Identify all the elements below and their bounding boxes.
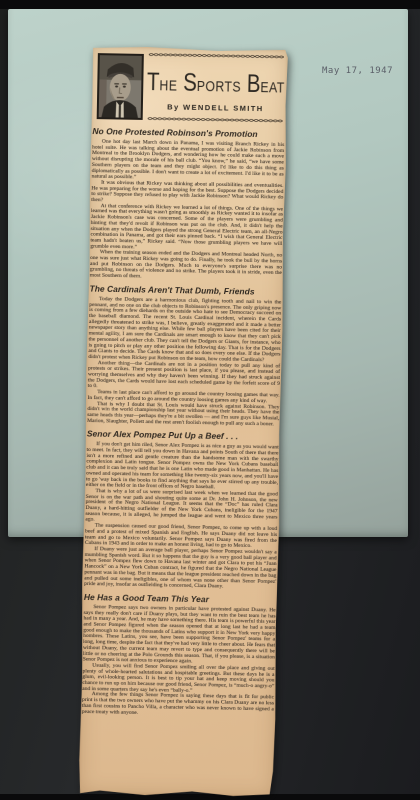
article-paragraph: Among the few things Senor Pompez is say… [82,691,274,718]
portrait-image [99,55,142,118]
article-paragraph: When the training season ended and the D… [90,249,283,282]
article-paragraph: One hot day last March down in Panama, I… [92,138,285,182]
article-paragraph: Another thing—the Cardinals are not in a… [88,360,281,393]
article-paragraph: Usually, you will find Senor Pompez smil… [82,662,275,695]
article-paragraph: That is why a lot of us were surprised l… [85,488,278,526]
date-stamp: May 17, 1947 [322,66,393,76]
article-paragraph: Senor Pompez says two owners in particul… [83,604,276,666]
masthead: THESPORTSBEAT By WENDELL SMITH [91,46,288,128]
article-paragraph: If you don't get him riled, Senor Alex P… [86,441,279,491]
wavy-rule-bottom [148,116,283,123]
article-paragraph: Today the Dodgers are a harmonious club,… [88,296,281,364]
masthead-title-word: BEAT [246,63,285,101]
article-paragraph: At that conference with Rickey we learne… [90,202,283,252]
article-paragraph: If Duany were just an average ball playe… [84,546,277,590]
article: No One Protested Robinson's PromotionOne… [80,126,284,793]
article-paragraph: That is why I doubt that St. Louis would… [87,400,279,427]
masthead-title-block: THESPORTSBEAT By WENDELL SMITH [148,52,284,123]
wavy-rule-top [149,52,284,59]
scanner-bed-top-edge [0,0,420,9]
masthead-byline: By WENDELL SMITH [148,102,283,113]
newspaper-clipping: THESPORTSBEAT By WENDELL SMITH No One Pr… [78,46,288,797]
masthead-title-word: THE [147,61,178,99]
scanned-document-page: May 17, 1947 [0,0,420,800]
article-columns: No One Protested Robinson's PromotionOne… [82,127,285,718]
newspaper-clipping-wrap: THESPORTSBEAT By WENDELL SMITH No One Pr… [78,46,288,797]
columnist-photo [97,53,144,120]
masthead-title-word: SPORTS [183,62,242,100]
masthead-title: THESPORTSBEAT [160,61,271,100]
